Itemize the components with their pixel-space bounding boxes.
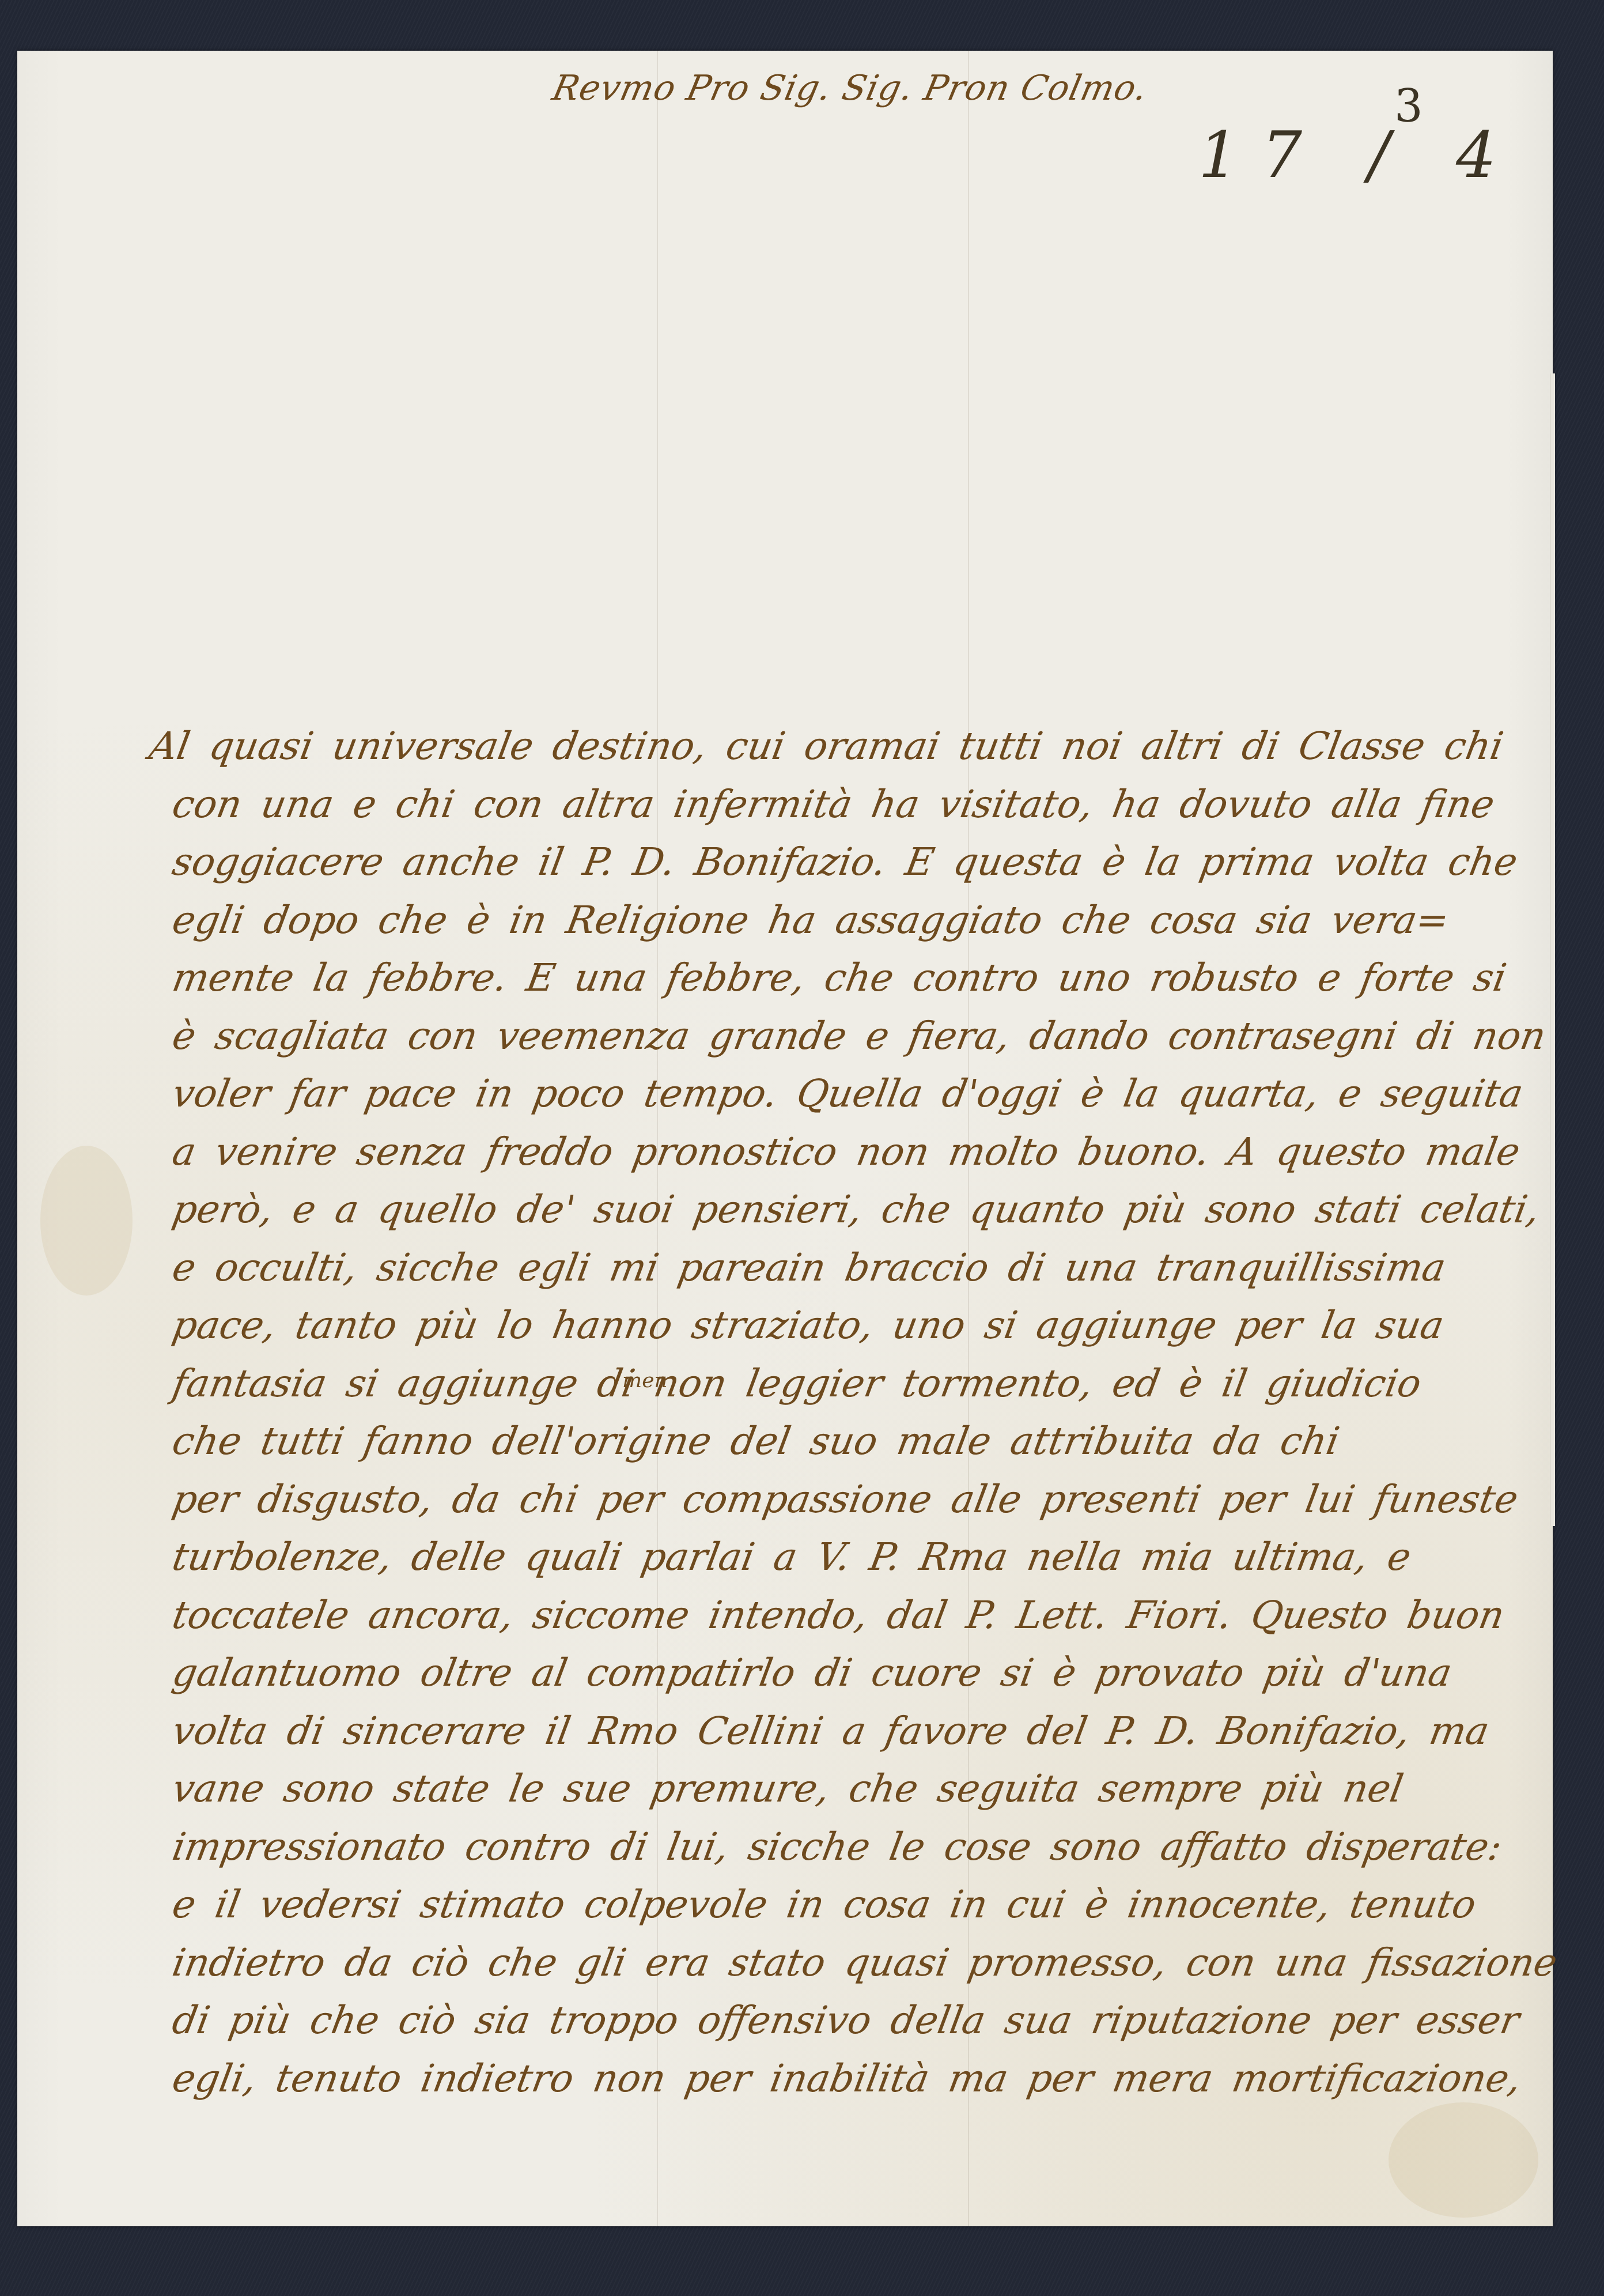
text-line: mente la febbre. E una febbre, che contr… bbox=[168, 949, 1544, 1007]
text-line: di più che ciò sia troppo offensivo dell… bbox=[168, 1992, 1544, 2050]
letter-body: Al quasi universale destino, cui oramai … bbox=[173, 717, 1538, 2108]
paper-stain bbox=[40, 1146, 133, 1296]
text-line: indietro da ciò che gli era stato quasi … bbox=[168, 1934, 1544, 1992]
text-line: e il vedersi stimato colpevole in cosa i… bbox=[168, 1876, 1544, 1934]
text-line: con una e chi con altra infermità ha vis… bbox=[168, 776, 1544, 834]
paper-edge-tab bbox=[1550, 373, 1555, 1526]
text-line: volta di sincerare il Rmo Cellini a favo… bbox=[168, 1702, 1544, 1761]
paper-stain bbox=[1389, 2102, 1538, 2218]
year-annotation: 17 / 4 bbox=[1198, 118, 1519, 192]
salutation-heading: Revmo Pro Sig. Sig. Pron Colmo. bbox=[549, 68, 1152, 108]
text-line: pace, tanto più lo hanno straziato, uno … bbox=[168, 1297, 1544, 1355]
text-line: turbolenze, delle quali parlai a V. P. R… bbox=[168, 1528, 1544, 1587]
text-line: toccatele ancora, siccome intendo, dal P… bbox=[168, 1587, 1544, 1645]
text-line: e occulti, sicche egli mi pareain bracci… bbox=[168, 1239, 1544, 1297]
text-line: è scagliata con veemenza grande e fiera,… bbox=[168, 1007, 1544, 1066]
text-line: vane sono state le sue premure, che segu… bbox=[168, 1760, 1544, 1818]
text-line: impressionato contro di lui, sicche le c… bbox=[168, 1818, 1544, 1876]
text-line: per disgusto, da chi per compassione all… bbox=[168, 1471, 1544, 1529]
text-line: egli, tenuto indietro non per inabilità … bbox=[168, 2050, 1544, 2108]
text-line: fantasia si aggiunge di non leggier torm… bbox=[168, 1355, 1544, 1413]
text-line: galantuomo oltre al compatirlo di cuore … bbox=[168, 1644, 1544, 1702]
text-line: soggiacere anche il P. D. Bonifazio. E q… bbox=[168, 833, 1544, 892]
text-line: Al quasi universale destino, cui oramai … bbox=[145, 717, 1544, 776]
text-line: voler far pace in poco tempo. Quella d'o… bbox=[168, 1065, 1544, 1123]
text-line: che tutti fanno dell'origine del suo mal… bbox=[168, 1413, 1544, 1471]
text-line: a venire senza freddo pronostico non mol… bbox=[168, 1123, 1544, 1181]
text-line: egli dopo che è in Religione ha assaggia… bbox=[168, 892, 1544, 950]
interlinear-insertion: men bbox=[622, 1369, 668, 1392]
text-line: però, e a quello de' suoi pensieri, che … bbox=[168, 1181, 1544, 1239]
